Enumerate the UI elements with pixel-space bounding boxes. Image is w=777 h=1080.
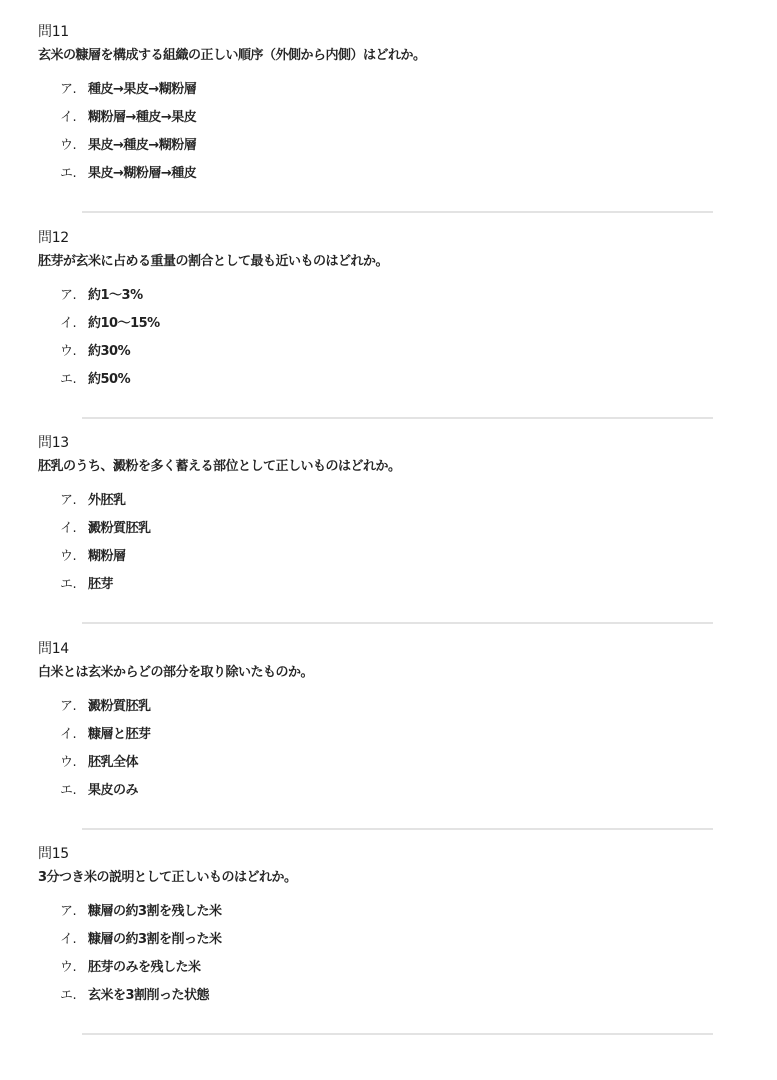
- option-label: 約30%: [88, 344, 130, 359]
- option-marker: ウ.: [60, 749, 88, 777]
- option-a[interactable]: ア.種皮→果皮→糊粉層: [60, 76, 738, 104]
- divider: [82, 211, 713, 213]
- option-label: 糠層の約3割を残した米: [88, 904, 222, 919]
- option-label: 果皮→種皮→糊粉層: [88, 138, 196, 153]
- divider: [82, 1033, 713, 1035]
- option-list: ア.外胚乳 イ.澱粉質胚乳 ウ.糊粉層 エ.胚芽: [38, 487, 738, 599]
- quiz-list: 問11 玄米の糠層を構成する組織の正しい順序（外側から内側）はどれか。 ア.種皮…: [38, 22, 738, 1050]
- option-marker: ア.: [60, 898, 88, 926]
- option-marker: エ.: [60, 571, 88, 599]
- option-u[interactable]: ウ.約30%: [60, 338, 738, 366]
- option-list: ア.糠層の約3割を残した米 イ.糠層の約3割を削った米 ウ.胚芽のみを残した米 …: [38, 898, 738, 1010]
- option-i[interactable]: イ.糠層と胚芽: [60, 721, 738, 749]
- option-a[interactable]: ア.約1〜3%: [60, 282, 738, 310]
- option-marker: ア.: [60, 693, 88, 721]
- option-label: 糊粉層→種皮→果皮: [88, 110, 196, 125]
- option-e[interactable]: エ.果皮→糊粉層→種皮: [60, 160, 738, 188]
- question-11: 問11 玄米の糠層を構成する組織の正しい順序（外側から内側）はどれか。 ア.種皮…: [38, 22, 738, 228]
- option-a[interactable]: ア.糠層の約3割を残した米: [60, 898, 738, 926]
- option-u[interactable]: ウ.果皮→種皮→糊粉層: [60, 132, 738, 160]
- option-u[interactable]: ウ.胚芽のみを残した米: [60, 954, 738, 982]
- question-title: 問15: [38, 844, 738, 864]
- option-marker: イ.: [60, 721, 88, 749]
- option-label: 果皮のみ: [88, 783, 138, 798]
- question-14: 問14 白米とは玄米からどの部分を取り除いたものか。 ア.澱粉質胚乳 イ.糠層と…: [38, 639, 738, 845]
- option-e[interactable]: エ.約50%: [60, 366, 738, 394]
- option-label: 澱粉質胚乳: [88, 699, 151, 714]
- option-label: 胚乳全体: [88, 755, 138, 770]
- option-marker: ア.: [60, 487, 88, 515]
- option-label: 胚芽: [88, 577, 113, 592]
- question-title: 問11: [38, 22, 738, 42]
- divider: [82, 828, 713, 830]
- option-marker: ウ.: [60, 543, 88, 571]
- question-text: 3分つき米の説明として正しいものはどれか。: [38, 868, 738, 888]
- question-title: 問12: [38, 228, 738, 248]
- question-13: 問13 胚乳のうち、澱粉を多く蓄える部位として正しいものはどれか。 ア.外胚乳 …: [38, 433, 738, 639]
- option-marker: ウ.: [60, 954, 88, 982]
- question-15: 問15 3分つき米の説明として正しいものはどれか。 ア.糠層の約3割を残した米 …: [38, 844, 738, 1050]
- option-label: 外胚乳: [88, 493, 126, 508]
- option-marker: イ.: [60, 515, 88, 543]
- option-u[interactable]: ウ.胚乳全体: [60, 749, 738, 777]
- option-label: 約1〜3%: [88, 288, 143, 303]
- option-marker: イ.: [60, 104, 88, 132]
- option-label: 澱粉質胚乳: [88, 521, 151, 536]
- option-label: 糠層と胚芽: [88, 727, 151, 742]
- option-marker: ウ.: [60, 338, 88, 366]
- option-a[interactable]: ア.外胚乳: [60, 487, 738, 515]
- option-e[interactable]: エ.胚芽: [60, 571, 738, 599]
- question-text: 玄米の糠層を構成する組織の正しい順序（外側から内側）はどれか。: [38, 46, 738, 66]
- option-marker: イ.: [60, 310, 88, 338]
- question-12: 問12 胚芽が玄米に占める重量の割合として最も近いものはどれか。 ア.約1〜3%…: [38, 228, 738, 434]
- option-label: 約50%: [88, 372, 130, 387]
- option-label: 果皮→糊粉層→種皮: [88, 166, 196, 181]
- question-text: 白米とは玄米からどの部分を取り除いたものか。: [38, 663, 738, 683]
- option-marker: エ.: [60, 160, 88, 188]
- option-marker: エ.: [60, 777, 88, 805]
- question-title: 問13: [38, 433, 738, 453]
- option-label: 玄米を3割削った状態: [88, 988, 209, 1003]
- divider: [82, 417, 713, 419]
- option-marker: ウ.: [60, 132, 88, 160]
- option-list: ア.種皮→果皮→糊粉層 イ.糊粉層→種皮→果皮 ウ.果皮→種皮→糊粉層 エ.果皮…: [38, 76, 738, 188]
- option-i[interactable]: イ.糊粉層→種皮→果皮: [60, 104, 738, 132]
- option-i[interactable]: イ.糠層の約3割を削った米: [60, 926, 738, 954]
- option-marker: エ.: [60, 366, 88, 394]
- option-list: ア.約1〜3% イ.約10〜15% ウ.約30% エ.約50%: [38, 282, 738, 394]
- option-marker: エ.: [60, 982, 88, 1010]
- option-label: 胚芽のみを残した米: [88, 960, 201, 975]
- option-e[interactable]: エ.玄米を3割削った状態: [60, 982, 738, 1010]
- option-list: ア.澱粉質胚乳 イ.糠層と胚芽 ウ.胚乳全体 エ.果皮のみ: [38, 693, 738, 805]
- option-label: 種皮→果皮→糊粉層: [88, 82, 196, 97]
- option-marker: ア.: [60, 76, 88, 104]
- question-text: 胚芽が玄米に占める重量の割合として最も近いものはどれか。: [38, 252, 738, 272]
- question-title: 問14: [38, 639, 738, 659]
- question-text: 胚乳のうち、澱粉を多く蓄える部位として正しいものはどれか。: [38, 457, 738, 477]
- option-e[interactable]: エ.果皮のみ: [60, 777, 738, 805]
- option-marker: ア.: [60, 282, 88, 310]
- option-a[interactable]: ア.澱粉質胚乳: [60, 693, 738, 721]
- option-label: 糠層の約3割を削った米: [88, 932, 222, 947]
- option-i[interactable]: イ.約10〜15%: [60, 310, 738, 338]
- option-label: 約10〜15%: [88, 316, 160, 331]
- option-i[interactable]: イ.澱粉質胚乳: [60, 515, 738, 543]
- option-label: 糊粉層: [88, 549, 126, 564]
- divider: [82, 622, 713, 624]
- option-u[interactable]: ウ.糊粉層: [60, 543, 738, 571]
- option-marker: イ.: [60, 926, 88, 954]
